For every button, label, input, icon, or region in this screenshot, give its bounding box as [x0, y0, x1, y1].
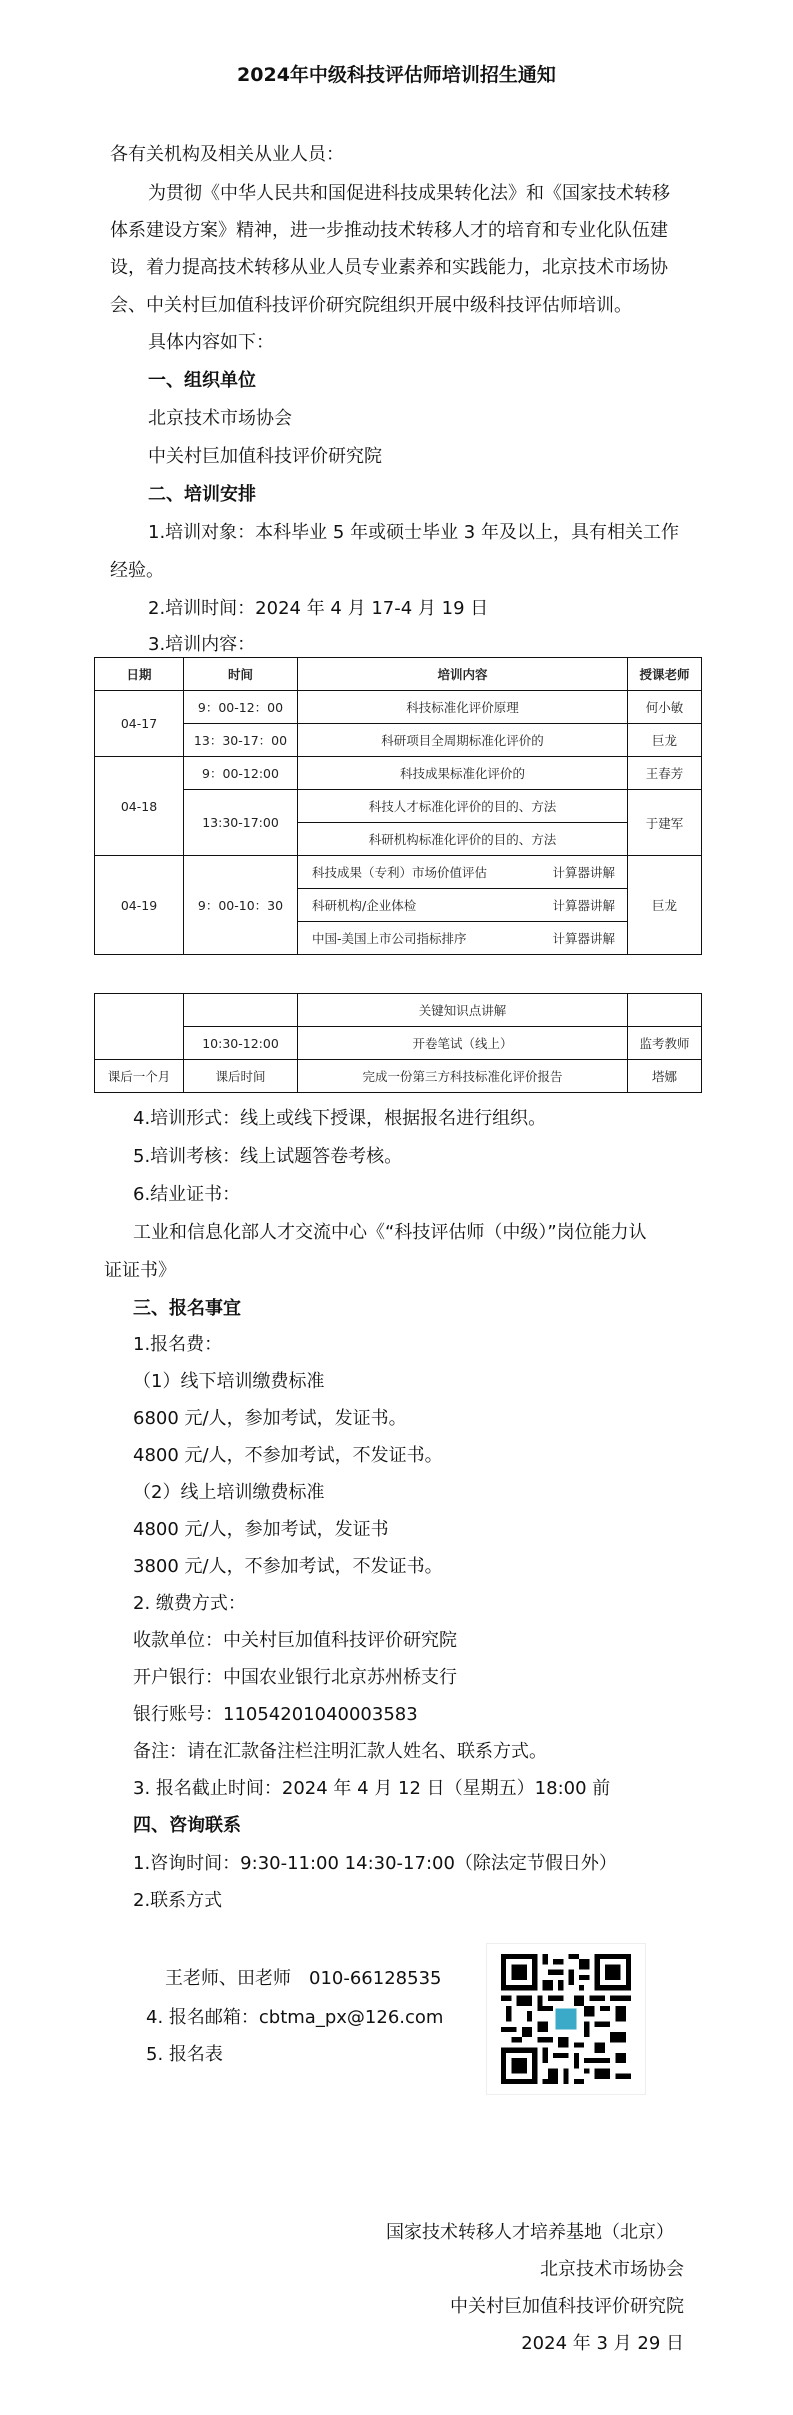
training-time: 2.培训时间：2024 年 4 月 17-4 月 19 日: [148, 598, 488, 620]
content-note: 计算器讲解: [552, 896, 615, 914]
date-cell: 04-18: [95, 757, 184, 856]
time-cell: 9：00-12:00: [184, 757, 298, 790]
time-cell: 9：00-10：30: [184, 856, 298, 955]
schedule-table-2: 关键知识点讲解 10:30-12:00 开卷笔试（线上） 监考教师 课后一个月 …: [94, 993, 702, 1093]
header-time: 时间: [184, 658, 298, 691]
time-cell: [184, 994, 298, 1027]
date-cell: 课后一个月: [95, 1060, 184, 1093]
content-text: 科技成果（专利）市场价值评估: [312, 863, 487, 881]
content-cell: 完成一份第三方科技标准化评价报告: [298, 1060, 628, 1093]
table-row: 课后一个月 课后时间 完成一份第三方科技标准化评价报告 塔娜: [95, 1060, 702, 1093]
offline-fee-label: （1）线下培训缴费标准: [133, 1371, 324, 1393]
online-fee: 4800 元/人，参加考试，发证书: [133, 1519, 389, 1541]
contact-label: 2.联系方式: [133, 1890, 222, 1912]
page-title: 2024年中级科技评估师培训招生通知: [0, 60, 793, 87]
training-format: 4.培训形式：线上或线下授课，根据报名进行组织。: [133, 1108, 546, 1130]
account-number: 银行账号：11054201040003583: [133, 1704, 418, 1726]
training-assessment: 5.培训考核：线上试题答卷考核。: [133, 1146, 402, 1168]
content-cell: 中国-美国上市公司指标排序计算器讲解: [298, 922, 628, 955]
signature-line: 北京技术市场协会: [540, 2259, 684, 2281]
details-intro: 具体内容如下：: [148, 332, 274, 354]
table-row: 04-17 9：00-12：00 科技标准化评价原理 何小敏: [95, 691, 702, 724]
time-cell: 课后时间: [184, 1060, 298, 1093]
teacher-cell: 监考教师: [628, 1027, 702, 1060]
content-cell: 科技标准化评价原理: [298, 691, 628, 724]
time-cell: 10:30-12:00: [184, 1027, 298, 1060]
qr-code-icon: [498, 1954, 634, 2084]
content-cell: 科技成果（专利）市场价值评估计算器讲解: [298, 856, 628, 889]
teacher-cell: 何小敏: [628, 691, 702, 724]
table-row: 10:30-12:00 开卷笔试（线上） 监考教师: [95, 1027, 702, 1060]
teacher-cell: 王春芳: [628, 757, 702, 790]
table-row: 13：30-17：00 科研项目全周期标准化评价的 巨龙: [95, 724, 702, 757]
content-cell: 开卷笔试（线上）: [298, 1027, 628, 1060]
content-cell: 科研项目全周期标准化评价的: [298, 724, 628, 757]
signature-line: 中关村巨加值科技评价研究院: [450, 2296, 684, 2318]
content-cell: 科技成果标准化评价的: [298, 757, 628, 790]
organizer: 中关村巨加值科技评价研究院: [148, 446, 382, 468]
registration-form: 5. 报名表: [146, 2044, 223, 2066]
remark: 备注：请在汇款备注栏注明汇款人姓名、联系方式。: [133, 1741, 547, 1763]
online-fee-label: （2）线上培训缴费标准: [133, 1482, 324, 1504]
header-content: 培训内容: [298, 658, 628, 691]
payee: 收款单位：中关村巨加值科技评价研究院: [133, 1630, 457, 1652]
teacher-cell: 塔娜: [628, 1060, 702, 1093]
offline-fee: 4800 元/人，不参加考试，不发证书。: [133, 1445, 443, 1467]
payment-label: 2. 缴费方式：: [133, 1593, 246, 1615]
organizer: 北京技术市场协会: [148, 408, 292, 430]
content-note: 计算器讲解: [552, 929, 615, 947]
certificate-text-cont: 证证书》: [104, 1260, 176, 1282]
intro-line: 设，着力提高技术转移从业人员专业素养和实践能力，北京技术市场协: [110, 257, 668, 279]
fee-label: 1.报名费：: [133, 1334, 222, 1356]
content-text: 中国-美国上市公司指标排序: [312, 929, 467, 947]
time-cell: 13:30-17:00: [184, 790, 298, 856]
teacher-cell: 于建军: [628, 790, 702, 856]
content-cell: 科研机构/企业体检计算器讲解: [298, 889, 628, 922]
teacher-cell: [628, 994, 702, 1027]
table-row: 04-19 9：00-10：30 科技成果（专利）市场价值评估计算器讲解 巨龙: [95, 856, 702, 889]
table-row: 关键知识点讲解: [95, 994, 702, 1027]
signature-date: 2024 年 3 月 29 日: [521, 2333, 684, 2355]
certificate-text: 工业和信息化部人才交流中心《“科技评估师（中级）”岗位能力认: [133, 1222, 647, 1244]
signature-line: 国家技术转移人才培养基地（北京）: [386, 2222, 674, 2244]
section-heading-arrangement: 二、培训安排: [148, 484, 256, 506]
qr-code: [486, 1943, 646, 2095]
header-teacher: 授课老师: [628, 658, 702, 691]
training-target-cont: 经验。: [110, 560, 164, 582]
time-cell: 9：00-12：00: [184, 691, 298, 724]
offline-fee: 6800 元/人，参加考试，发证书。: [133, 1408, 407, 1430]
contact-phone: 王老师、田老师 010-66128535: [165, 1968, 441, 1990]
date-cell: 04-19: [95, 856, 184, 955]
date-cell: [95, 994, 184, 1060]
content-cell: 科技人才标准化评价的目的、方法: [298, 790, 628, 823]
schedule-table: 日期 时间 培训内容 授课老师 04-17 9：00-12：00 科技标准化评价…: [94, 657, 702, 955]
content-text: 科研机构/企业体检: [312, 896, 416, 914]
time-cell: 13：30-17：00: [184, 724, 298, 757]
deadline: 3. 报名截止时间：2024 年 4 月 12 日（星期五）18:00 前: [133, 1778, 610, 1800]
online-fee: 3800 元/人，不参加考试，不发证书。: [133, 1556, 443, 1578]
training-target: 1.培训对象：本科毕业 5 年或硕士毕业 3 年及以上，具有相关工作: [148, 522, 679, 544]
section-heading-contact: 四、咨询联系: [133, 1815, 241, 1837]
table-row: 04-18 9：00-12:00 科技成果标准化评价的 王春芳: [95, 757, 702, 790]
qr-logo-icon: [556, 2009, 577, 2030]
section-heading-registration: 三、报名事宜: [133, 1298, 241, 1320]
registration-email[interactable]: 4. 报名邮箱：cbtma_px@126.com: [146, 2007, 443, 2029]
intro-line: 体系建设方案》精神，进一步推动技术转移人才的培育和专业化队伍建: [110, 220, 668, 242]
table-row: 13:30-17:00 科技人才标准化评价的目的、方法 于建军: [95, 790, 702, 823]
certificate-label: 6.结业证书：: [133, 1184, 240, 1206]
content-note: 计算器讲解: [552, 863, 615, 881]
table-header-row: 日期 时间 培训内容 授课老师: [95, 658, 702, 691]
section-heading-organizers: 一、组织单位: [148, 370, 256, 392]
content-cell: 科研机构标准化评价的目的、方法: [298, 823, 628, 856]
header-date: 日期: [95, 658, 184, 691]
teacher-cell: 巨龙: [628, 856, 702, 955]
intro-line: 会、中关村巨加值科技评价研究院组织开展中级科技评估师培训。: [110, 295, 632, 317]
bank: 开户银行：中国农业银行北京苏州桥支行: [133, 1667, 457, 1689]
training-content-label: 3.培训内容：: [148, 634, 255, 656]
date-cell: 04-17: [95, 691, 184, 757]
consult-hours: 1.咨询时间：9:30-11:00 14:30-17:00（除法定节假日外）: [133, 1853, 617, 1875]
content-cell: 关键知识点讲解: [298, 994, 628, 1027]
teacher-cell: 巨龙: [628, 724, 702, 757]
intro-line: 为贯彻《中华人民共和国促进科技成果转化法》和《国家技术转移: [148, 183, 670, 205]
greeting: 各有关机构及相关从业人员：: [110, 144, 344, 166]
